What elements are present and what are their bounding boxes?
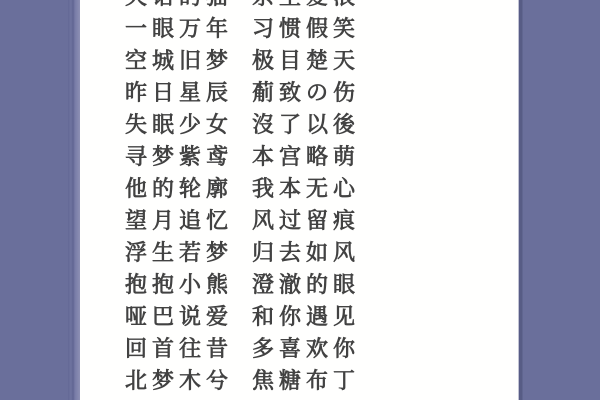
- nickname-text: 望月追忆: [125, 206, 237, 238]
- nickname-text: 焦糖布丁: [252, 366, 364, 398]
- nickname-text: 浮生若梦: [125, 238, 237, 270]
- nickname-text: 葪致の伤: [252, 78, 364, 110]
- nickname-text: 余生爱浪: [252, 0, 364, 14]
- nickname-row: 一眼万年 习惯假笑: [80, 14, 518, 46]
- nickname-list: 失语的猫 余生爱浪 一眼万年 习惯假笑 空城旧梦 极目楚天 昨日星辰 葪致の伤 …: [80, 0, 518, 398]
- nickname-text: 哑巴说爱: [125, 302, 237, 334]
- nickname-text: 澄澈的眼: [252, 270, 364, 302]
- nickname-row: 失语的猫 余生爱浪: [80, 0, 518, 14]
- nickname-text: 风过留痕: [252, 206, 364, 238]
- nickname-row: 回首往昔 多喜欢你: [80, 334, 518, 366]
- nickname-row: 失眠少女 沒了以後: [80, 110, 518, 142]
- nickname-row: 抱抱小熊 澄澈的眼: [80, 270, 518, 302]
- nickname-text: 失语的猫: [125, 0, 237, 14]
- nickname-row: 昨日星辰 葪致の伤: [80, 78, 518, 110]
- nickname-text: 我本无心: [252, 174, 364, 206]
- nickname-text: 抱抱小熊: [125, 270, 237, 302]
- nickname-text: 沒了以後: [252, 110, 364, 142]
- nickname-text: 他的轮廓: [125, 174, 237, 206]
- nickname-text: 寻梦紫鸢: [125, 142, 237, 174]
- nickname-row: 他的轮廓 我本无心: [80, 174, 518, 206]
- nickname-text: 多喜欢你: [252, 334, 364, 366]
- nickname-text: 一眼万年: [125, 14, 237, 46]
- nickname-text: 北梦木兮: [125, 366, 237, 398]
- nickname-text: 和你遇见: [252, 302, 364, 334]
- left-margin-band: [0, 0, 80, 400]
- nickname-text: 归去如风: [252, 238, 364, 270]
- nickname-text: 空城旧梦: [125, 46, 237, 78]
- nickname-row: 空城旧梦 极目楚天: [80, 46, 518, 78]
- nickname-text: 回首往昔: [125, 334, 237, 366]
- nickname-text: 习惯假笑: [252, 14, 364, 46]
- nickname-text: 失眠少女: [125, 110, 237, 142]
- nickname-text: 昨日星辰: [125, 78, 237, 110]
- nickname-row: 寻梦紫鸢 本宫略萌: [80, 142, 518, 174]
- nickname-row: 哑巴说爱 和你遇见: [80, 302, 518, 334]
- nickname-text: 极目楚天: [252, 46, 364, 78]
- right-margin-band: [518, 0, 600, 400]
- page-screenshot: 失语的猫 余生爱浪 一眼万年 习惯假笑 空城旧梦 极目楚天 昨日星辰 葪致の伤 …: [0, 0, 600, 400]
- nickname-text: 本宫略萌: [252, 142, 364, 174]
- nickname-row: 浮生若梦 归去如风: [80, 238, 518, 270]
- nickname-row: 北梦木兮 焦糖布丁: [80, 366, 518, 398]
- nickname-row: 望月追忆 风过留痕: [80, 206, 518, 238]
